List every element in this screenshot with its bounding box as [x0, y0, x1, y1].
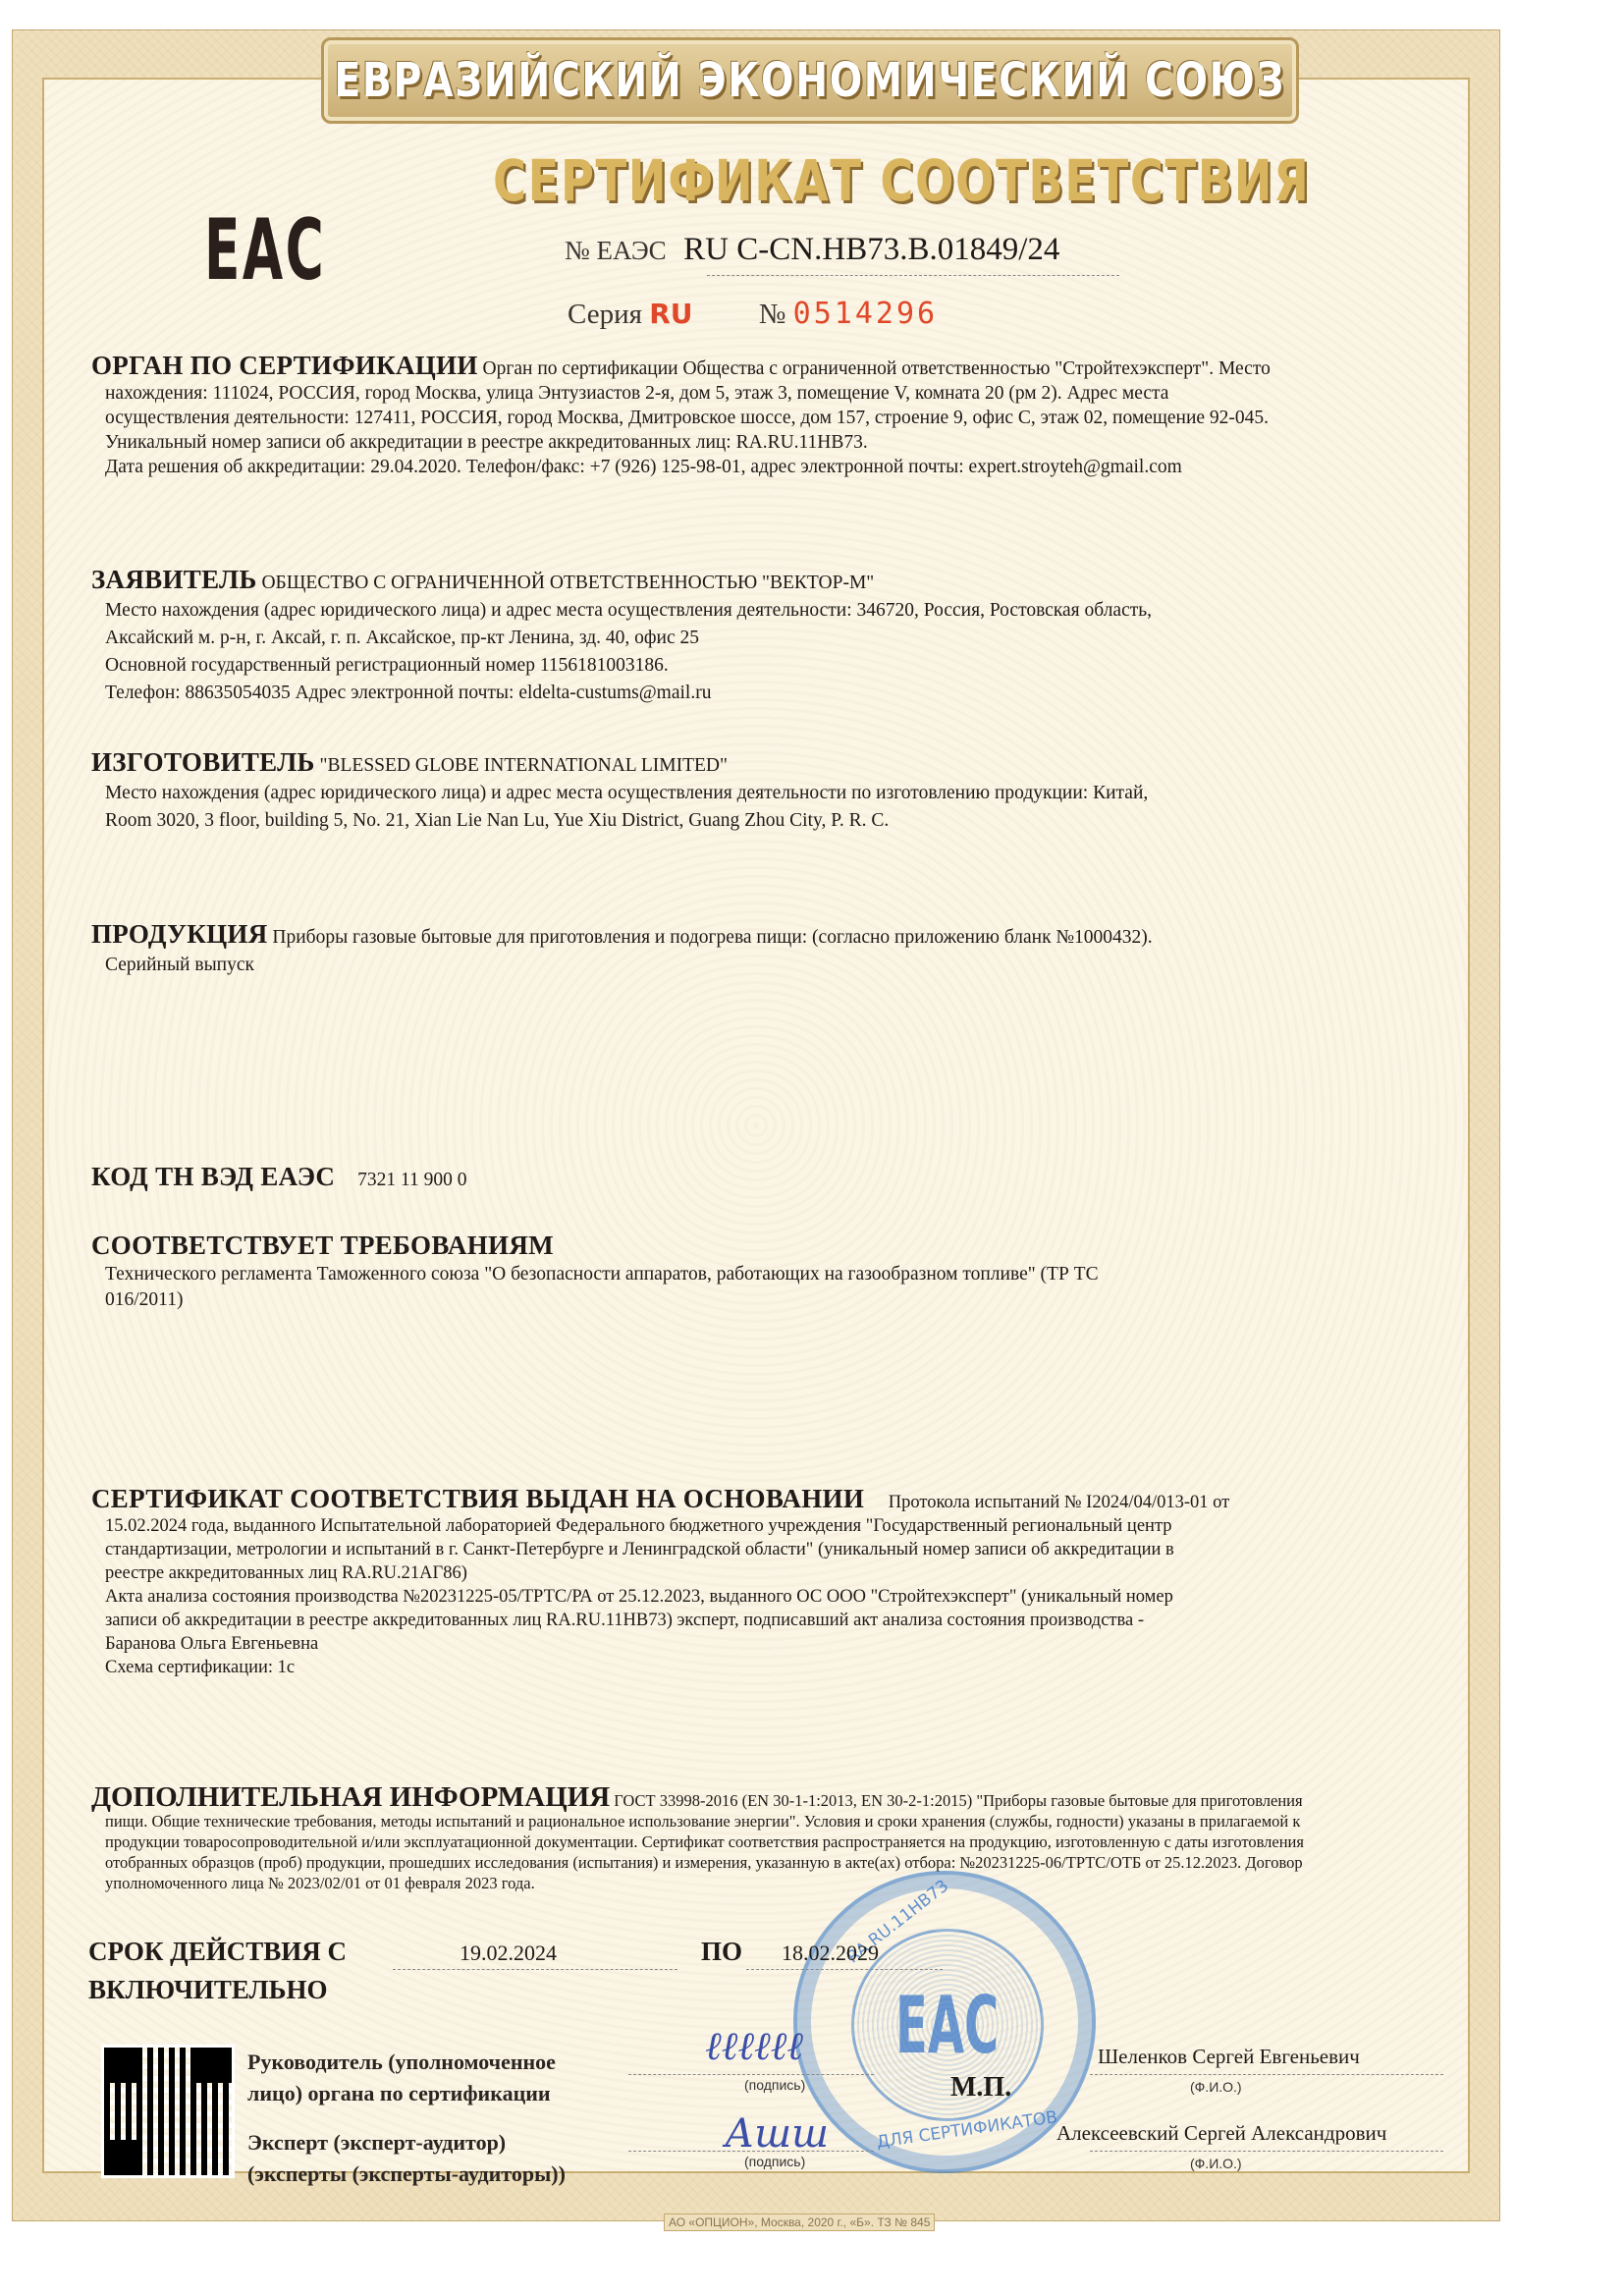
reg-number-value: RU C-CN.НВ73.В.01849/24 — [683, 232, 1059, 267]
series-value: RU — [649, 298, 692, 330]
text-line: лицо) органа по сертификации — [247, 2078, 556, 2109]
registration-number: № ЕАЭС RU C-CN.НВ73.В.01849/24 — [565, 232, 1059, 268]
date-underline — [393, 1969, 677, 1970]
signature-line — [628, 2074, 874, 2075]
eac-logo-icon: EAC — [204, 201, 326, 300]
text-line: записи об аккредитации в реестре аккреди… — [91, 1609, 1505, 1632]
section-heading: СООТВЕТСТВУЕТ ТРЕБОВАНИЯМ — [91, 1232, 1505, 1258]
series-label: Серия — [568, 299, 642, 330]
series-line: Серия RU № 0514296 — [568, 297, 938, 331]
text-line: реестре аккредитованных лиц RA.RU.21АГ86… — [91, 1561, 1505, 1585]
text-line: (эксперты (эксперты-аудиторы)) — [247, 2159, 566, 2190]
text-line: Уникальный номер записи об аккредитации … — [91, 430, 1505, 455]
section-certification-body: ОРГАН ПО СЕРТИФИКАЦИИ Орган по сертифика… — [91, 354, 1505, 479]
expert-name: Алексеевский Сергей Александрович — [1056, 2121, 1386, 2146]
section-requirements: СООТВЕТСТВУЕТ ТРЕБОВАНИЯМ Технического р… — [91, 1232, 1505, 1313]
reg-underline — [707, 275, 1119, 276]
text-line: 15.02.2024 года, выданного Испытательной… — [91, 1514, 1505, 1538]
section-additional-info: ДОПОЛНИТЕЛЬНАЯ ИНФОРМАЦИЯ ГОСТ 33998-201… — [91, 1787, 1505, 1893]
text-line: продукции товаросопроводительной и/или э… — [91, 1831, 1505, 1852]
text-line: Протокола испытаний № I2024/04/013-01 от — [889, 1493, 1229, 1512]
head-name: Шеленков Сергей Евгеньевич — [1098, 2045, 1360, 2069]
date-underline — [746, 1969, 943, 1970]
section-applicant: ЗАЯВИТЕЛЬ ОБЩЕСТВО С ОГРАНИЧЕННОЙ ОТВЕТС… — [91, 566, 1505, 707]
text-line: Место нахождения (адрес юридического лиц… — [91, 780, 1505, 807]
head-role-label: Руководитель (уполномоченное лицо) орган… — [247, 2047, 556, 2109]
validity-inclusive-label: ВКЛЮЧИТЕЛЬНО — [88, 1975, 347, 2005]
text-line: отобранных образцов (проб) продукции, пр… — [91, 1852, 1505, 1873]
text-line: нахождения: 111024, РОССИЯ, город Москва… — [91, 381, 1505, 406]
fio-caption: (Ф.И.О.) — [1190, 2156, 1242, 2171]
text-line: Эксперт (эксперт-аудитор) — [247, 2127, 566, 2159]
text-line: Телефон: 88635054035 Адрес электронной п… — [91, 680, 1505, 707]
validity-label: СРОК ДЕЙСТВИЯ С ВКЛЮЧИТЕЛЬНО — [88, 1937, 347, 2005]
qr-code-icon — [101, 2045, 235, 2178]
section-heading: СЕРТИФИКАТ СООТВЕТСТВИЯ ВЫДАН НА ОСНОВАН… — [91, 1484, 864, 1513]
applicant-name: ОБЩЕСТВО С ОГРАНИЧЕННОЙ ОТВЕТСТВЕННОСТЬЮ… — [261, 573, 874, 593]
manufacturer-name: "BLESSED GLOBE INTERNATIONAL LIMITED" — [320, 755, 728, 776]
validity-from-label: СРОК ДЕЙСТВИЯ С — [88, 1937, 347, 1967]
head-signature: ℓℓℓℓℓℓ — [705, 2023, 803, 2069]
section-heading: ПРОДУКЦИЯ — [91, 919, 268, 949]
text-line: Дата решения об аккредитации: 29.04.2020… — [91, 455, 1505, 479]
text-line: стандартизации, метрологии и испытаний в… — [91, 1538, 1505, 1561]
name-line — [1090, 2074, 1443, 2075]
text-line: Основной государственный регистрационный… — [91, 652, 1505, 680]
tn-ved-code: 7321 11 900 0 — [357, 1170, 466, 1190]
section-product: ПРОДУКЦИЯ Приборы газовые бытовые для пр… — [91, 920, 1505, 979]
certificate-title: СЕРТИФИКАТ СООТВЕТСТВИЯ — [493, 147, 1137, 214]
valid-to-date: 18.02.2029 — [782, 1941, 879, 1966]
text-line: Приборы газовые бытовые для приготовлени… — [272, 927, 1152, 948]
section-heading: ОРГАН ПО СЕРТИФИКАЦИИ — [91, 351, 478, 380]
expert-role-label: Эксперт (эксперт-аудитор) (эксперты (экс… — [247, 2127, 566, 2190]
union-banner-text: ЕВРАЗИЙСКИЙ ЭКОНОМИЧЕСКИЙ СОЮЗ — [335, 53, 1286, 108]
text-line: Аксайский м. р-н, г. Аксай, г. п. Аксайс… — [91, 625, 1505, 652]
text-line: уполномоченного лица № 2023/02/01 от 01 … — [91, 1873, 1505, 1893]
section-heading: ИЗГОТОВИТЕЛЬ — [91, 747, 315, 777]
text-line: Схема сертификации: 1с — [91, 1656, 1505, 1679]
union-banner: ЕВРАЗИЙСКИЙ ЭКОНОМИЧЕСКИЙ СОЮЗ — [321, 37, 1299, 124]
section-heading: ДОПОЛНИТЕЛЬНАЯ ИНФОРМАЦИЯ — [91, 1781, 610, 1813]
signature-caption: (подпись) — [744, 2154, 805, 2169]
text-line: Место нахождения (адрес юридического лиц… — [91, 597, 1505, 625]
section-issued-basis: СЕРТИФИКАТ СООТВЕТСТВИЯ ВЫДАН НА ОСНОВАН… — [91, 1487, 1505, 1679]
text-line: ГОСТ 33998-2016 (EN 30-1-1:2013, EN 30-2… — [614, 1791, 1302, 1810]
section-heading: ЗАЯВИТЕЛЬ — [91, 565, 257, 594]
text-line: Технического регламента Таможенного союз… — [91, 1262, 1505, 1287]
text-line: 016/2011) — [91, 1287, 1505, 1313]
stamp-place-label: М.П. — [950, 2072, 1011, 2104]
printer-mark: АО «ОПЦИОН», Москва, 2020 г., «Б». ТЗ № … — [664, 2214, 935, 2231]
text-line: Руководитель (уполномоченное — [247, 2047, 556, 2078]
blank-number-label: № — [759, 299, 786, 330]
text-line: Акта анализа состояния производства №202… — [91, 1585, 1505, 1609]
name-line — [1090, 2151, 1443, 2152]
signature-line — [628, 2151, 874, 2152]
section-heading: КОД ТН ВЭД ЕАЭС — [91, 1162, 335, 1191]
fio-caption: (Ф.И.О.) — [1190, 2079, 1242, 2095]
text-line: Room 3020, 3 floor, building 5, No. 21, … — [91, 807, 1505, 835]
signature-caption: (подпись) — [744, 2077, 805, 2093]
text-line: Орган по сертификации Общества с огранич… — [483, 358, 1271, 379]
section-manufacturer: ИЗГОТОВИТЕЛЬ "BLESSED GLOBE INTERNATIONA… — [91, 748, 1505, 835]
valid-from-date: 19.02.2024 — [460, 1941, 557, 1966]
reg-label: № ЕАЭС — [565, 236, 667, 265]
text-line: пищи. Общие технические требования, мето… — [91, 1811, 1505, 1831]
stamp-eac-icon: EAC — [895, 1980, 999, 2071]
text-line: Серийный выпуск — [91, 952, 1505, 979]
certification-stamp: RA.RU.11НВ73 EAC ДЛЯ СЕРТИФИКАТОВ — [793, 1871, 1096, 2173]
text-line: осуществления деятельности: 127411, РОСС… — [91, 406, 1505, 430]
section-tn-ved: КОД ТН ВЭД ЕАЭС 7321 11 900 0 — [91, 1165, 1505, 1192]
blank-number-value: 0514296 — [793, 297, 938, 331]
text-line: Баранова Ольга Евгеньевна — [91, 1632, 1505, 1656]
validity-to-label: ПО — [701, 1937, 742, 1967]
